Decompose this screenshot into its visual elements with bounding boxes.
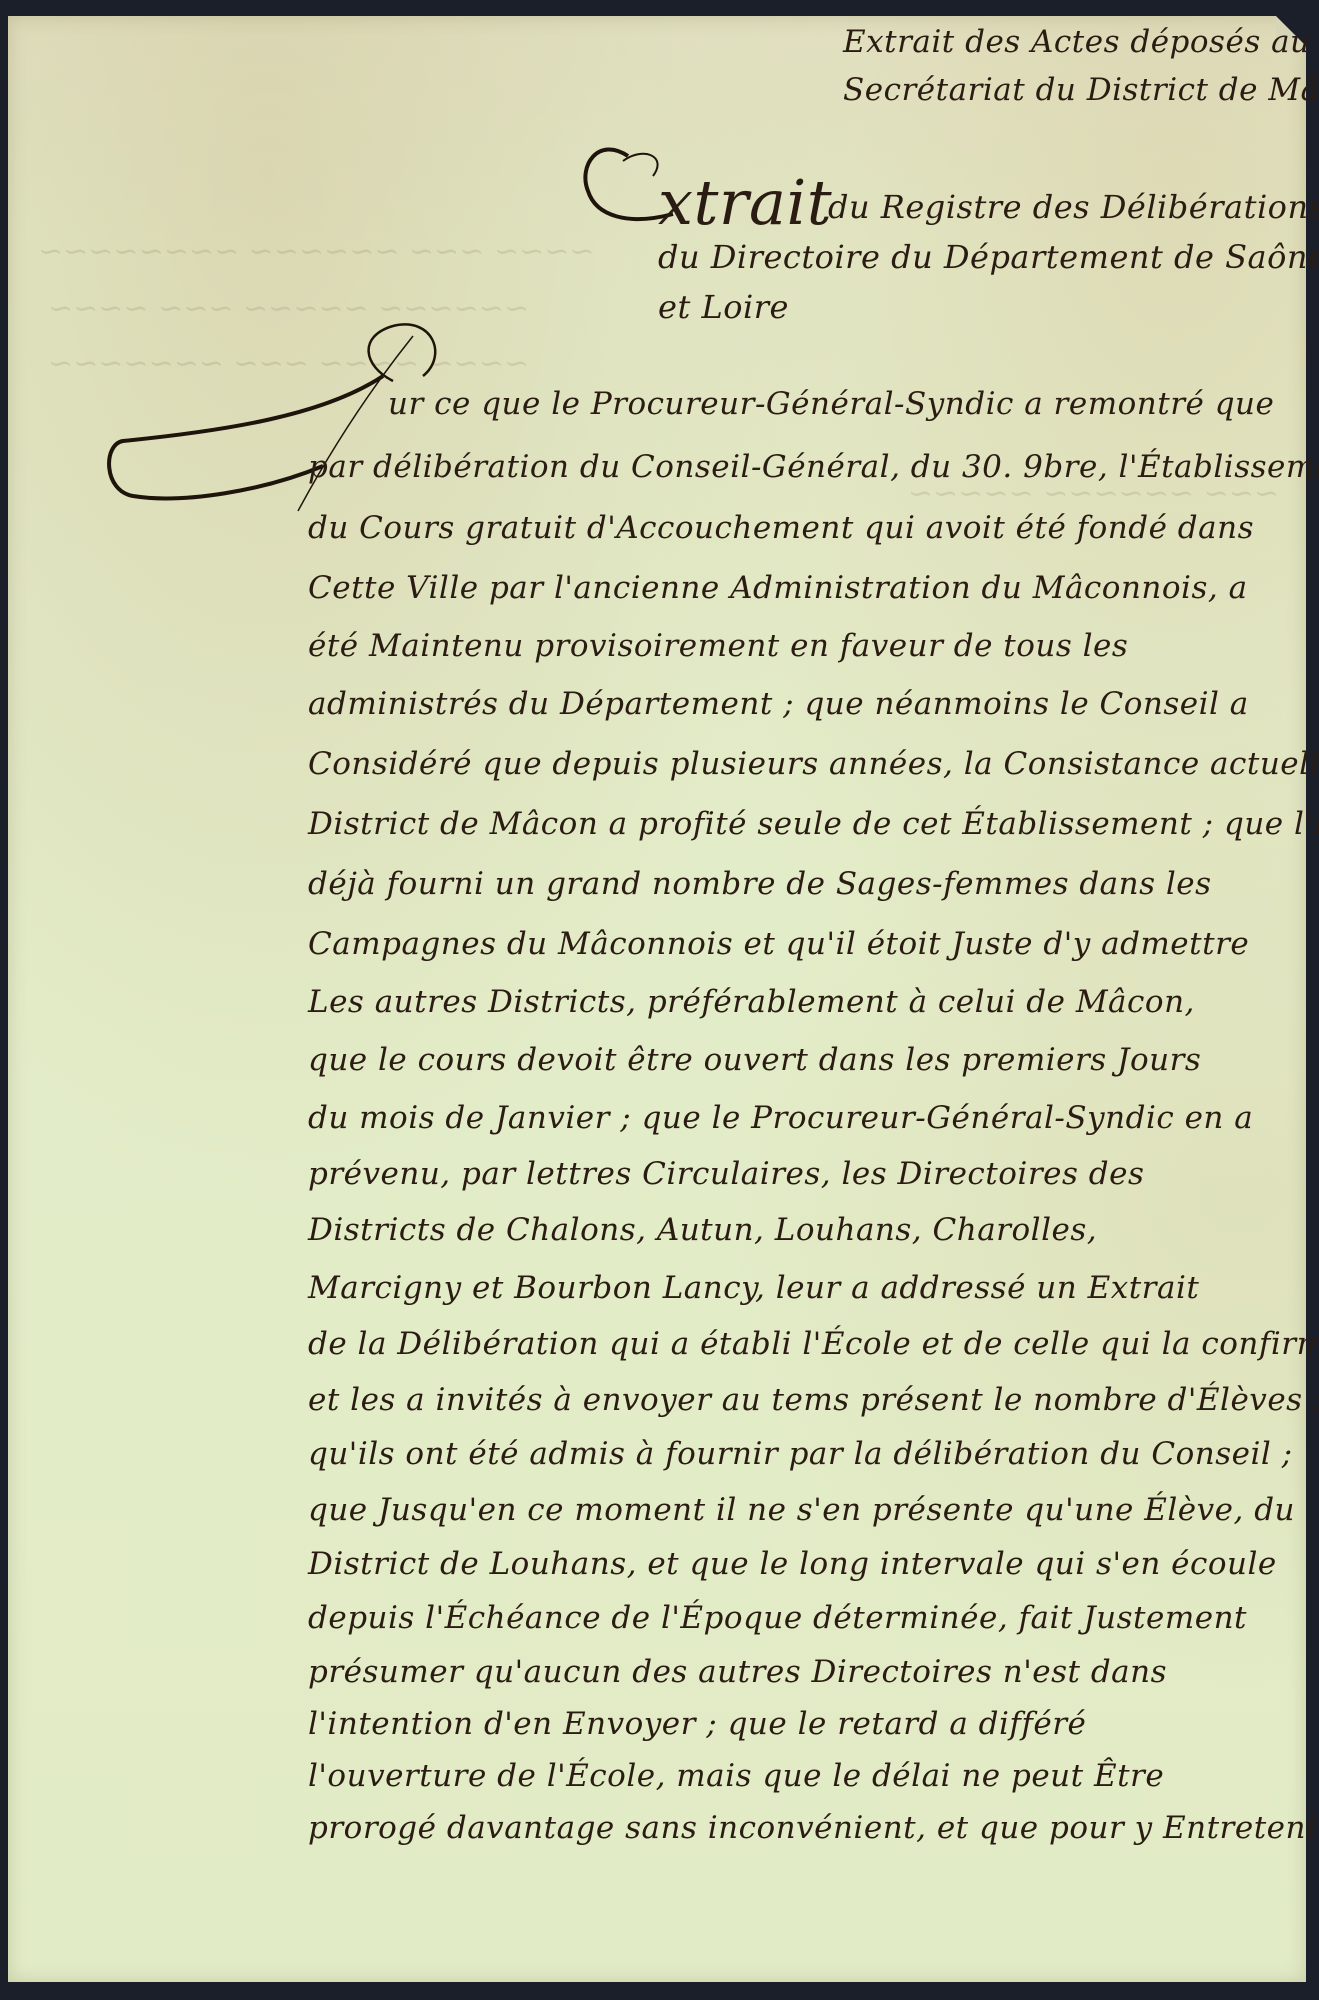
body-line-1: ur ce que le Procureur-Général-Syndic a … [388,386,1274,422]
heading-line-3: et Loire [658,288,789,326]
body-line-19: qu'ils ont été admis à fournir par la dé… [308,1436,1293,1472]
body-line-9: déjà fourni un grand nombre de Sages-fem… [308,866,1212,902]
body-line-8: District de Mâcon a profité seule de cet… [308,806,1319,842]
body-line-21: District de Louhans, et que le long inte… [308,1546,1277,1582]
body-line-20: que Jusqu'en ce moment il ne s'en présen… [308,1492,1295,1528]
body-line-13: du mois de Janvier ; que le Procureur-Gé… [308,1100,1253,1136]
body-line-10: Campagnes du Mâconnois et qu'il étoit Ju… [308,926,1249,962]
body-line-25: l'ouverture de l'École, mais que le déla… [308,1758,1164,1794]
body-line-15: Districts de Chalons, Autun, Louhans, Ch… [308,1212,1097,1248]
body-line-23: présumer qu'aucun des autres Directoires… [308,1654,1167,1690]
heading-extrait-word: xtrait [658,166,832,239]
body-line-2: par délibération du Conseil-Général, du … [308,449,1319,485]
body-line-22: depuis l'Échéance de l'Époque déterminée… [308,1600,1247,1636]
body-line-3: du Cours gratuit d'Accouchement qui avoi… [308,510,1254,546]
bleed-through-text: ~~~~ ~~~ ~~~~~~ ~~~~~~~~ [38,234,594,269]
manuscript-page: ~~~~ ~~~ ~~~~~~ ~~~~~~~~ ~~~~~~ ~~~~~ ~~… [8,16,1306,1982]
heading-line-1: du Registre des Délibérations [828,188,1319,226]
annotation-line-1: Extrait des Actes déposés au [843,24,1311,60]
annotation-line-2: Secrétariat du District de Mâcon [843,72,1319,108]
body-line-14: prévenu, par lettres Circulaires, les Di… [308,1156,1144,1192]
body-line-5: été Maintenu provisoirement en faveur de… [308,628,1128,664]
body-line-26: prorogé davantage sans inconvénient, et … [308,1810,1319,1846]
body-line-16: Marcigny et Bourbon Lancy, leur a addres… [308,1270,1199,1306]
body-line-7: Considéré que depuis plusieurs années, l… [308,746,1319,782]
body-line-11: Les autres Districts, préférablement à c… [308,984,1195,1020]
body-line-17: de la Délibération qui a établi l'École … [308,1326,1319,1362]
body-line-12: que le cours devoit être ouvert dans les… [308,1042,1201,1078]
heading-line-2: du Directoire du Département de Saône [658,238,1319,276]
body-line-4: Cette Ville par l'ancienne Administratio… [308,570,1248,606]
body-line-6: administrés du Département ; que néanmoi… [308,686,1249,722]
body-line-24: l'intention d'en Envoyer ; que le retard… [308,1706,1086,1742]
body-line-18: et les a invités à envoyer au tems prése… [308,1382,1319,1418]
